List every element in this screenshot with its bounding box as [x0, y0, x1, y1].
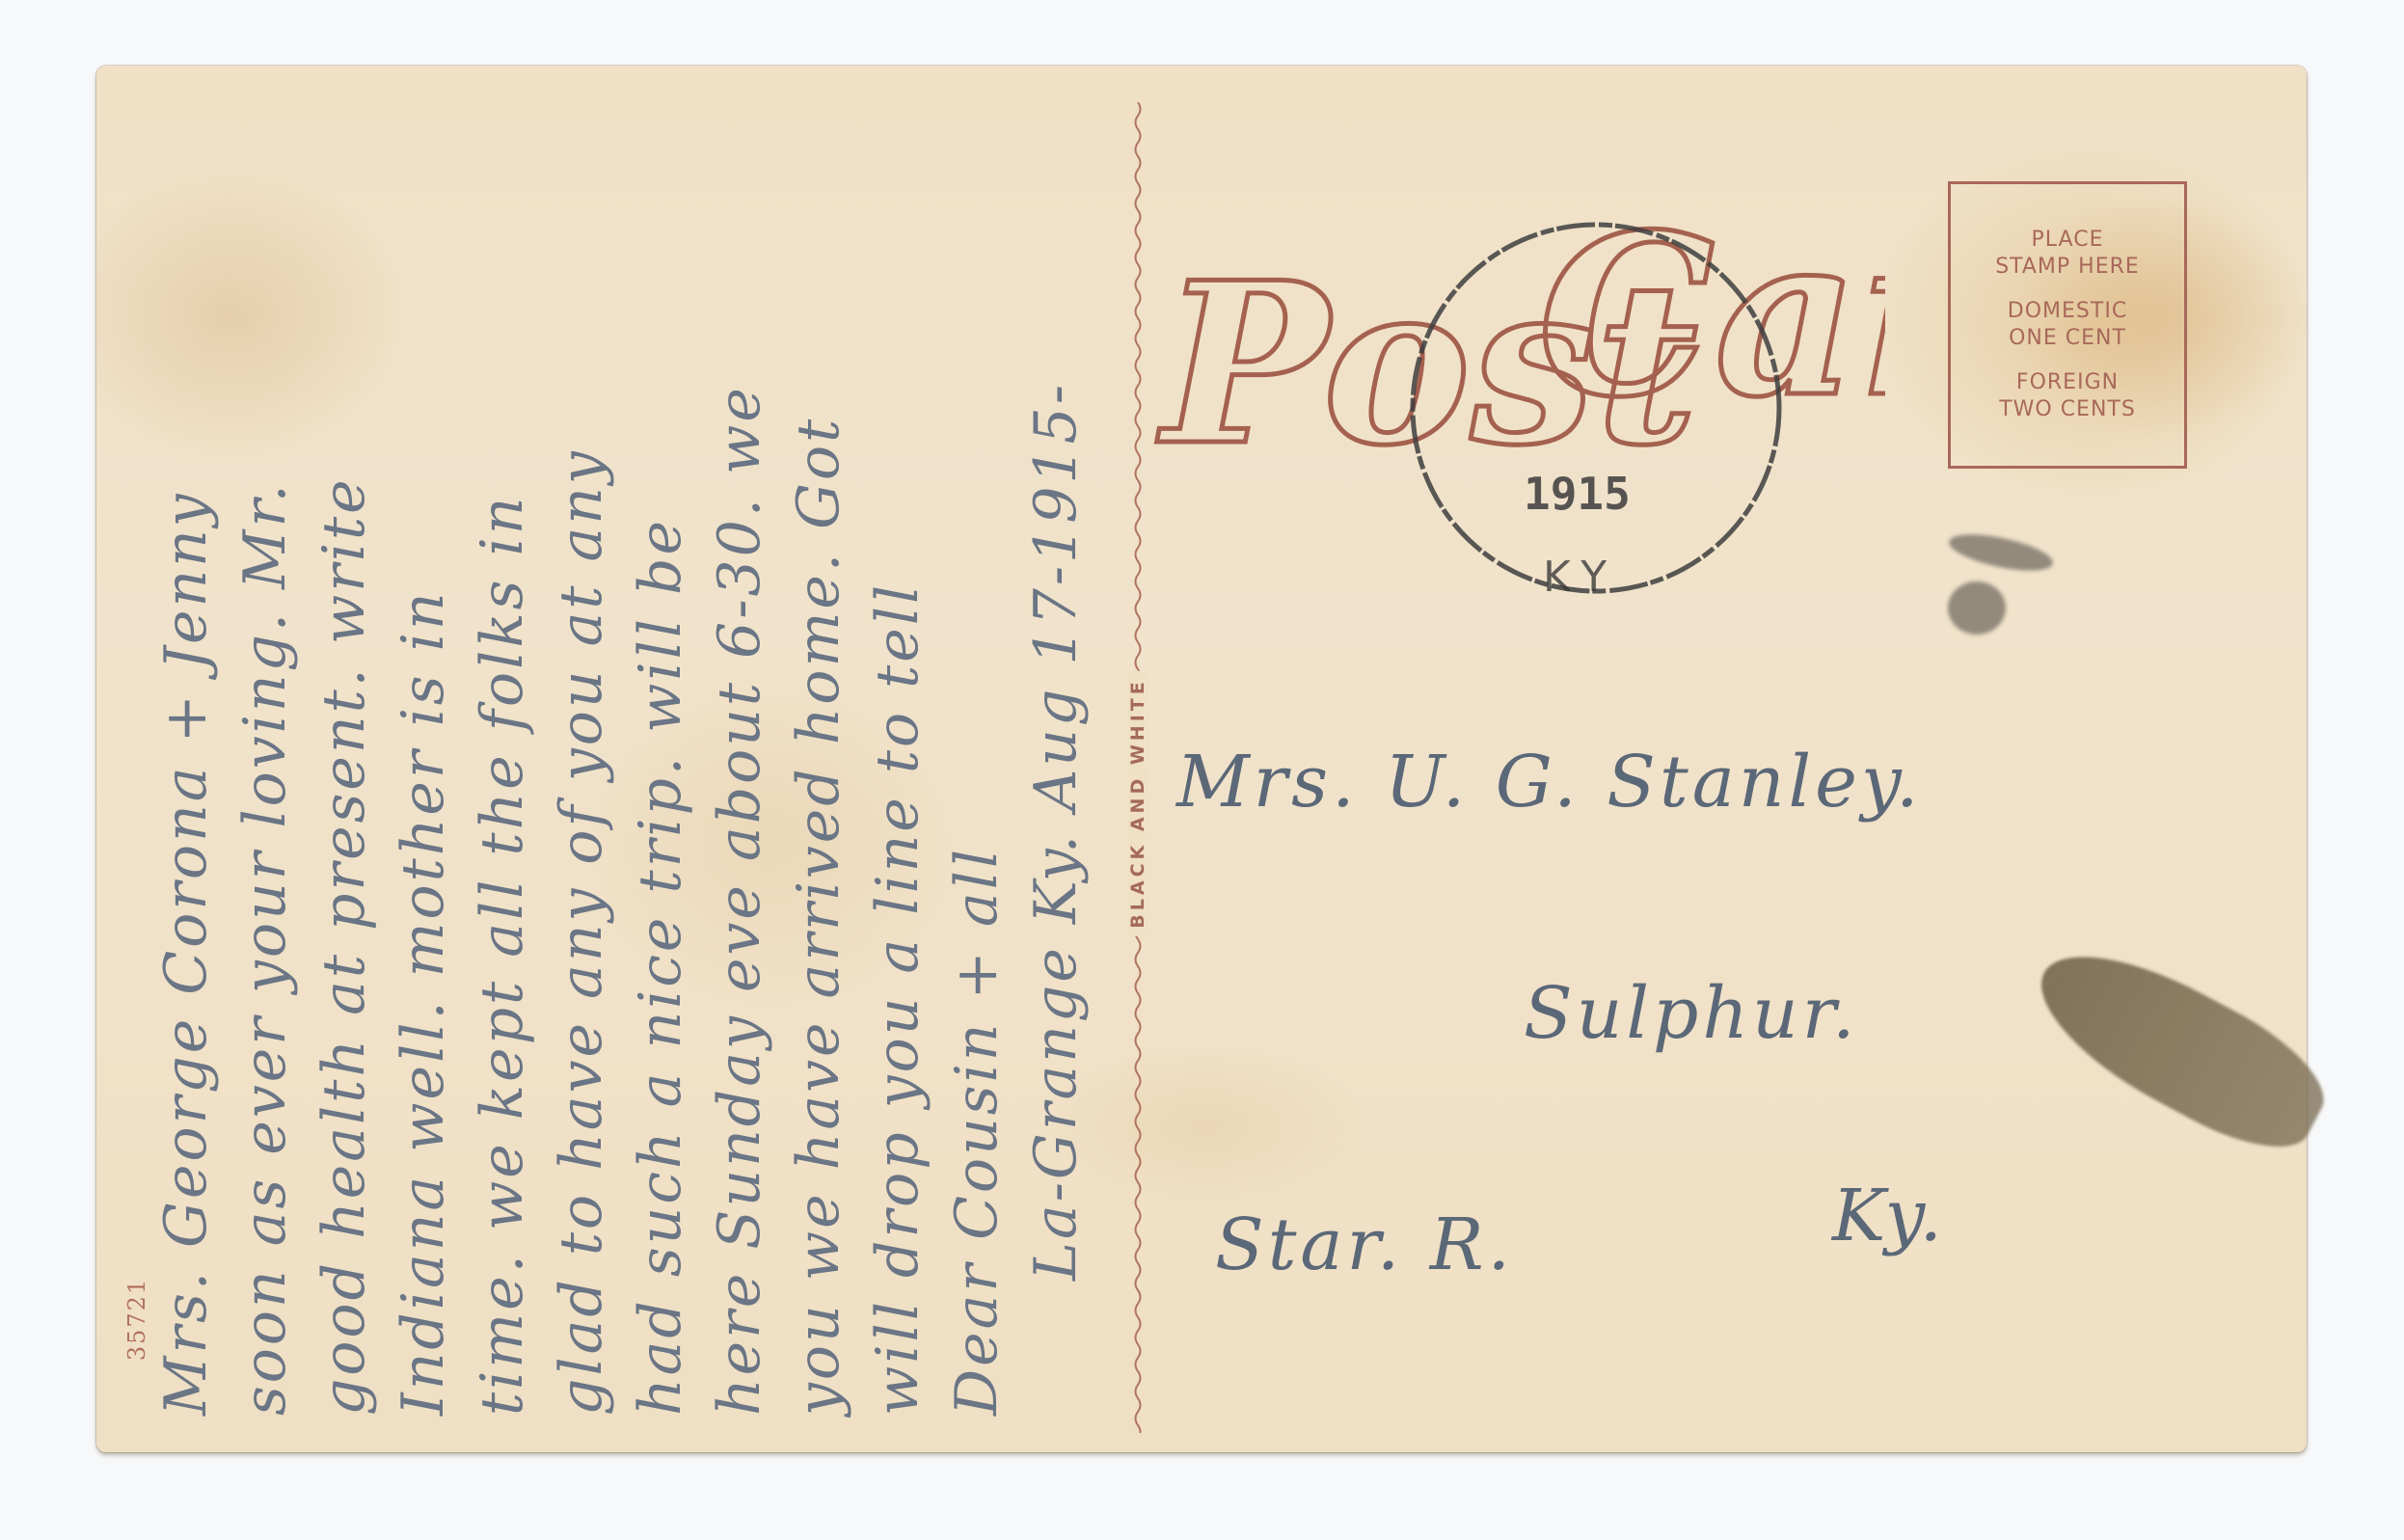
postcard: La-Grange Ky. Aug 17-1915-Dear Cousin + … [96, 66, 2307, 1452]
address-state: Ky. [1832, 1175, 1946, 1257]
stamp-place-text: PLACE STAMP HERE [1995, 227, 2140, 281]
message-line: Dear Cousin + all [943, 847, 1011, 1416]
cancel-smudge [1946, 527, 2056, 578]
publisher-number: 35721 [123, 1278, 150, 1361]
postmark-state: KY [1543, 553, 1618, 602]
postmark: 1915 KY [1355, 167, 1837, 649]
publisher-brand-label: BLACK AND WHITE [1127, 670, 1148, 935]
message-line: good health at present. write [311, 476, 378, 1416]
message-line: here Sunday eve about 6-30. we [706, 385, 773, 1416]
message-line: Mrs. George Corona + Jenny [152, 491, 220, 1416]
message-line: time. we kept all the folks in [469, 495, 536, 1416]
message-line: had such a nice trip. will be [627, 518, 694, 1416]
stamp-foreign-rate: FOREIGN TWO CENTS [1999, 369, 2136, 423]
postmark-year: 1915 [1524, 468, 1631, 520]
message-line: La-Grange Ky. Aug 17-1915- [1022, 382, 1090, 1281]
message-line: will drop you a line to tell [864, 582, 932, 1416]
stamp-box: PLACE STAMP HERE DOMESTIC ONE CENT FOREI… [1948, 181, 2187, 469]
address-route: Star. R. [1215, 1203, 1514, 1286]
message-line: Indiana well. mother is in [390, 589, 457, 1416]
address-name: Mrs. U. G. Stanley. [1176, 741, 1922, 824]
stamp-domestic-rate: DOMESTIC ONE CENT [2008, 298, 2127, 352]
ink-stain [2016, 924, 2343, 1171]
message-line: you we have arrived home. Got [785, 417, 852, 1416]
message-line: glad to have any of you at any [548, 448, 615, 1416]
cancel-smudge [1948, 581, 2006, 635]
message-line: soon as ever your loving. Mr. [231, 481, 299, 1416]
address-city: Sulphur. [1524, 972, 1858, 1055]
